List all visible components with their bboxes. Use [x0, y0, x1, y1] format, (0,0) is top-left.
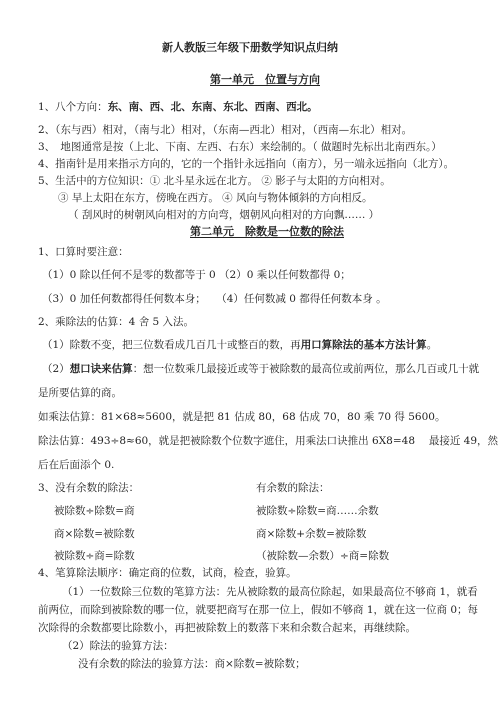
unit1-line6: ③ 早上太阳在东方，傍晚在西方。 ④ 风向与物体倾斜的方向相反。	[58, 191, 373, 205]
unit1-line2: 2、（东与西）相对，（南与北）相对，（东南—西北）相对，（西南—东北）相对。	[38, 123, 412, 137]
unit2-section1: 1、口算时要注意：	[38, 245, 129, 259]
written-division-1: （1）一位数除三位数的笔算方法：先从被除数的最高位除起，如果最高位不够商 1，就…	[62, 585, 478, 599]
remainder-formula: 商×除数+余数=被除数	[256, 527, 366, 541]
directions-list: 东、南、西、北、东南、东北、西南、西北。	[108, 101, 318, 113]
written-division-3: 次除得的余数都要比除数小，再把被除数上的数落下来和余数合起来，再继续除。	[38, 621, 416, 635]
line-label: 1、八个方向：	[38, 101, 108, 113]
document-title: 新人教版三年级下册数学知识点归纳	[0, 41, 500, 55]
unit2-section2: 2、乘除法的估算：4 舍 5 入法。	[38, 315, 194, 329]
unit1-line7: （ 刮风时的树朝风向相对的方向弯，烟朝风向相对的方向飘…… ）	[68, 208, 379, 222]
emphasis: 用口算除法的基本方法计算	[301, 339, 427, 351]
unit1-line1: 1、八个方向：东、南、西、北、东南、东北、西南、西北。	[38, 100, 318, 114]
unit2-estimate-2-cont: 是所要估算的商。	[38, 386, 122, 400]
unit2-estimate-1: （1）除数不变，把三位数看成几百几十或整百的数，再用口算除法的基本方法计算。	[42, 338, 437, 352]
unit1-line5: 5、生活中的方位知识：① 北斗星永远在北方。 ② 影子与太阳的方向相对。	[38, 174, 391, 188]
unit2-rule-3-4: （3）0 加任何数都得任何数本身； （4）任何数减 0 都得任何数本身 。	[42, 292, 387, 306]
text: （1）除数不变，把三位数看成几百几十或整百的数，再	[42, 339, 301, 351]
text: ：想一位数乘几最接近或等于被除数的最高位或前两位，那么几百或几十就	[133, 363, 480, 375]
no-remainder-title: 3、没有余数的除法：	[38, 481, 139, 495]
text: （2）	[42, 363, 70, 375]
remainder-formula: （被除数—余数）÷商=除数	[256, 549, 389, 563]
unit2-rule-1-2: （1）0 除以任何不是零的数都等于 0 （2）0 乘以任何数都得 0；	[42, 268, 351, 282]
no-remainder-formula: 被除数÷商=除数	[54, 549, 135, 563]
no-remainder-formula: 被除数÷除数=商	[54, 504, 135, 518]
remainder-formula: 被除数÷除数=商……余数	[256, 504, 379, 518]
unit2-heading: 第二单元 除数是一位数的除法	[190, 225, 344, 239]
unit2-estimate-2: （2）想口诀来估算：想一位数乘几最接近或等于被除数的最高位或前两位，那么几百或几…	[42, 362, 479, 376]
emphasis: 想口诀来估算	[70, 363, 133, 375]
unit2-section4: 4、笔算除法顺序：确定商的位数，试商，检查，验算。	[38, 566, 297, 580]
unit1-heading: 第一单元 位置与方向	[210, 73, 320, 87]
unit2-div-example-cont: 后在后面添个 0.	[38, 458, 114, 472]
remainder-title: 有余数的除法：	[256, 481, 330, 495]
unit2-mult-example: 如乘法估算：81×68≈5600，就是把 81 估成 80，68 估成 70，8…	[38, 410, 445, 424]
unit1-line4: 4、指南针是用来指示方向的，它的一个指针永远指向（南方），另一端永远指向（北方）…	[38, 157, 454, 171]
text: 。	[427, 339, 438, 351]
verification-no-remainder: 没有余数的除法的验算方法：商×除数=被除数；	[78, 657, 306, 671]
verification-heading: （2）除法的验算方法：	[62, 639, 174, 653]
unit2-div-example: 除法估算：493÷8≈60，就是把被除数个位数字遮住，用乘法口诀推出 6X8=4…	[38, 434, 498, 448]
unit1-line3: 3、 地图通常是按（上北、下南、左西、右东）来绘制的。（ 做题时先标出北南西东。…	[38, 140, 442, 154]
written-division-2: 前两位，而除到被除数的哪一位，就要把商写在那一位上，假如不够商 1，就在这一位商…	[38, 603, 478, 617]
no-remainder-formula: 商×除数=被除数	[54, 527, 135, 541]
